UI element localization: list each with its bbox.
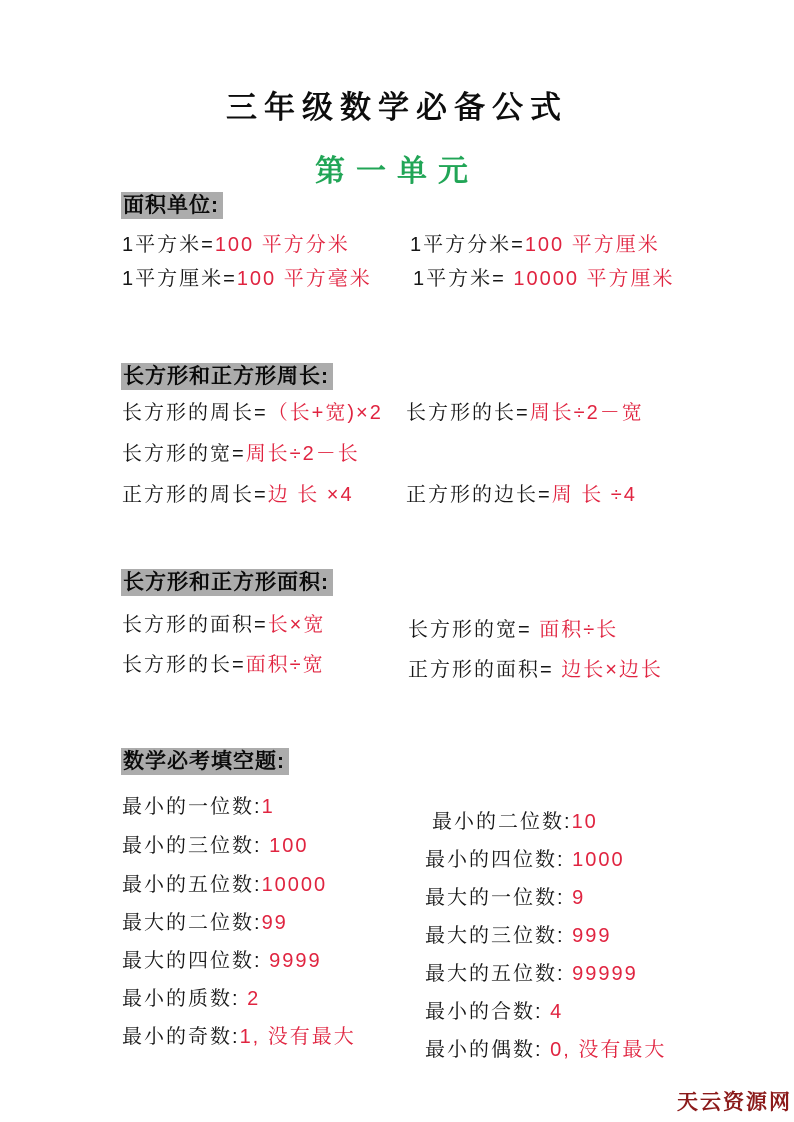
formula-value: 100 平方毫米 [237,268,372,290]
section-header-fill-blanks: 数学必考填空题: [121,745,289,775]
fact-label: 最小的奇数: [122,1026,240,1048]
formula-rect-length-from-perimeter: 长方形的长=周长÷2－宽 [406,396,644,425]
formula-label: 长方形的面积= [122,614,268,636]
formula-label: 长方形的宽= [122,443,246,465]
fact-label: 最小的合数: [425,1001,550,1023]
fact-value: 10 [572,811,598,833]
formula-label: 正方形的面积= [408,659,561,681]
formula-label: 长方形的长= [122,654,246,676]
fact-smallest-even: 最小的偶数: 0, 没有最大 [425,1033,666,1062]
formula-rect-width-from-area: 长方形的宽= 面积÷长 [408,613,618,642]
section-header-highlight: 面积单位: [121,192,223,219]
fact-value: 1 [262,796,275,818]
formula-rect-length-from-area: 长方形的长=面积÷宽 [122,648,325,677]
formula-label: 1平方分米= [410,234,525,256]
formula-value: 周 长 ÷4 [552,484,637,506]
fact-smallest-2-digit: 最小的二位数:10 [432,805,598,834]
fact-smallest-composite: 最小的合数: 4 [425,995,563,1024]
formula-square-side: 正方形的边长=周 长 ÷4 [406,478,637,507]
fact-largest-5-digit: 最大的五位数: 99999 [425,957,638,986]
site-watermark: 天云资源网 [677,1086,792,1116]
fact-label: 最小的一位数: [122,796,262,818]
section-header-area-units: 面积单位: [121,189,223,219]
section-header-perimeter: 长方形和正方形周长: [121,360,333,390]
formula-value: （长+宽)×2 [268,402,383,424]
formula-value: 周长÷2－长 [246,443,360,465]
fact-largest-4-digit: 最大的四位数: 9999 [122,944,322,973]
fact-value: 1000 [572,849,625,871]
formula-label: 长方形的长= [406,402,530,424]
fact-largest-2-digit: 最大的二位数:99 [122,906,288,935]
fact-smallest-4-digit: 最小的四位数: 1000 [425,843,625,872]
fact-value: 2 [247,988,260,1010]
fact-smallest-1-digit: 最小的一位数:1 [122,790,275,819]
fact-label: 最大的四位数: [122,950,269,972]
section-header-area-formulas: 长方形和正方形面积: [121,566,333,596]
fact-value: 99 [262,912,288,934]
formula-rect-width-from-perimeter: 长方形的宽=周长÷2－长 [122,437,360,466]
fact-smallest-5-digit: 最小的五位数:10000 [122,868,327,897]
formula-rect-area: 长方形的面积=长×宽 [122,608,325,637]
formula-value: 周长÷2－宽 [530,402,644,424]
fact-value: 100 [269,835,308,857]
fact-value: 9 [572,887,585,909]
formula-value: 边 长 ×4 [268,484,354,506]
worksheet-page: 三年级数学必备公式 第一单元 面积单位: 1平方米=100 平方分米 1平方分米… [0,0,794,1122]
fact-smallest-prime: 最小的质数: 2 [122,982,260,1011]
fact-smallest-odd: 最小的奇数:1, 没有最大 [122,1020,356,1049]
formula-rect-perimeter: 长方形的周长=（长+宽)×2 [122,396,383,425]
fact-value: 1, 没有最大 [240,1026,356,1048]
formula-label: 正方形的周长= [122,484,268,506]
formula-square-perimeter: 正方形的周长=边 长 ×4 [122,478,354,507]
formula-value: 边长×边长 [561,659,663,681]
fact-label: 最小的质数: [122,988,247,1010]
fact-label: 最大的五位数: [425,963,572,985]
fact-label: 最大的三位数: [425,925,572,947]
fact-label: 最大的一位数: [425,887,572,909]
formula-label: 长方形的宽= [408,619,539,641]
formula-label: 正方形的边长= [406,484,552,506]
formula-label: 1平方厘米= [122,268,237,290]
fact-value: 99999 [572,963,638,985]
formula-value: 10000 平方厘米 [513,268,674,290]
fact-value: 0, 没有最大 [550,1039,666,1061]
fact-label: 最大的二位数: [122,912,262,934]
page-title: 三年级数学必备公式 [0,82,794,127]
unit-heading: 第一单元 [0,146,794,190]
formula-label: 1平方米= [122,234,215,256]
formula-value: 面积÷长 [539,619,618,641]
section-header-highlight: 数学必考填空题: [121,748,289,775]
formula-square-area: 正方形的面积= 边长×边长 [408,653,663,682]
fact-largest-3-digit: 最大的三位数: 999 [425,919,612,948]
fact-label: 最小的四位数: [425,849,572,871]
fact-smallest-3-digit: 最小的三位数: 100 [122,829,309,858]
fact-label: 最小的五位数: [122,874,262,896]
fact-label: 最小的三位数: [122,835,269,857]
fact-value: 4 [550,1001,563,1023]
fact-value: 9999 [269,950,322,972]
formula-label: 1平方米= [413,268,513,290]
section-header-highlight: 长方形和正方形面积: [121,569,333,596]
fact-value: 10000 [262,874,328,896]
fact-label: 最小的偶数: [425,1039,550,1061]
formula-sqm-to-sqcm: 1平方米= 10000 平方厘米 [413,262,675,291]
formula-label: 长方形的周长= [122,402,268,424]
formula-sqcm-to-sqmm: 1平方厘米=100 平方毫米 [122,262,372,291]
formula-sqm-to-sqdm: 1平方米=100 平方分米 [122,228,350,257]
formula-sqdm-to-sqcm: 1平方分米=100 平方厘米 [410,228,660,257]
section-header-highlight: 长方形和正方形周长: [121,363,333,390]
fact-largest-1-digit: 最大的一位数: 9 [425,881,585,910]
fact-label: 最小的二位数: [432,811,572,833]
formula-value: 长×宽 [268,614,326,636]
formula-value: 面积÷宽 [246,654,325,676]
formula-value: 100 平方厘米 [525,234,660,256]
fact-value: 999 [572,925,611,947]
formula-value: 100 平方分米 [215,234,350,256]
